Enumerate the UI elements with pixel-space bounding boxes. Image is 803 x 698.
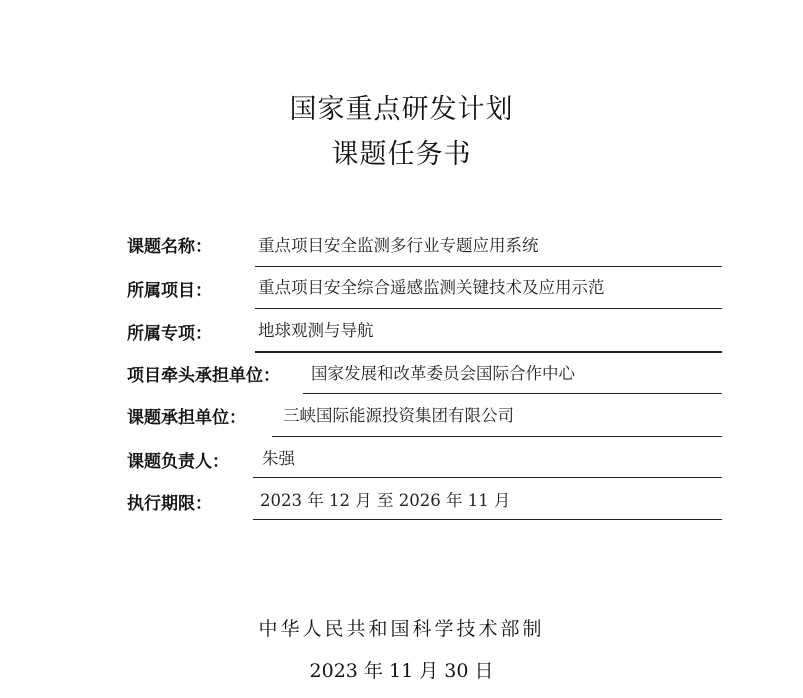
underline-leader — [253, 477, 722, 478]
field-label-topic-unit: 课题承担单位： — [127, 403, 246, 428]
field-label-topic-name: 课题名称： — [127, 232, 212, 257]
document-subtitle: 课题任务书 — [0, 132, 803, 171]
underline-topic-name — [255, 266, 722, 267]
underline-program — [255, 351, 722, 353]
field-value-program: 地球观测与导航 — [258, 317, 374, 341]
field-label-project: 所属项目： — [127, 276, 212, 301]
field-value-topic-unit: 三峡国际能源投资集团有限公司 — [283, 402, 514, 426]
underline-topic-unit — [272, 436, 722, 437]
field-label-period: 执行期限： — [127, 489, 212, 514]
document-title: 国家重点研发计划 — [0, 87, 803, 126]
field-value-topic-name: 重点项目安全监测多行业专题应用系统 — [258, 232, 539, 256]
field-value-leader: 朱强 — [262, 445, 295, 469]
field-value-period: 2023 年 12 月 至 2026 年 11 月 — [260, 487, 510, 511]
field-label-lead-unit: 项目牵头承担单位： — [127, 361, 280, 386]
underline-lead-unit — [303, 393, 722, 394]
field-value-lead-unit: 国家发展和改革委员会国际合作中心 — [311, 360, 575, 384]
field-value-project: 重点项目安全综合遥感监测关键技术及应用示范 — [258, 274, 605, 298]
underline-period — [253, 519, 722, 520]
field-label-leader: 课题负责人： — [127, 447, 229, 472]
underline-project — [255, 308, 722, 309]
issuer-text: 中华人民共和国科学技术部制 — [0, 614, 803, 641]
issue-date: 2023 年 11 月 30 日 — [0, 656, 803, 683]
field-label-program: 所属专项： — [127, 319, 212, 344]
